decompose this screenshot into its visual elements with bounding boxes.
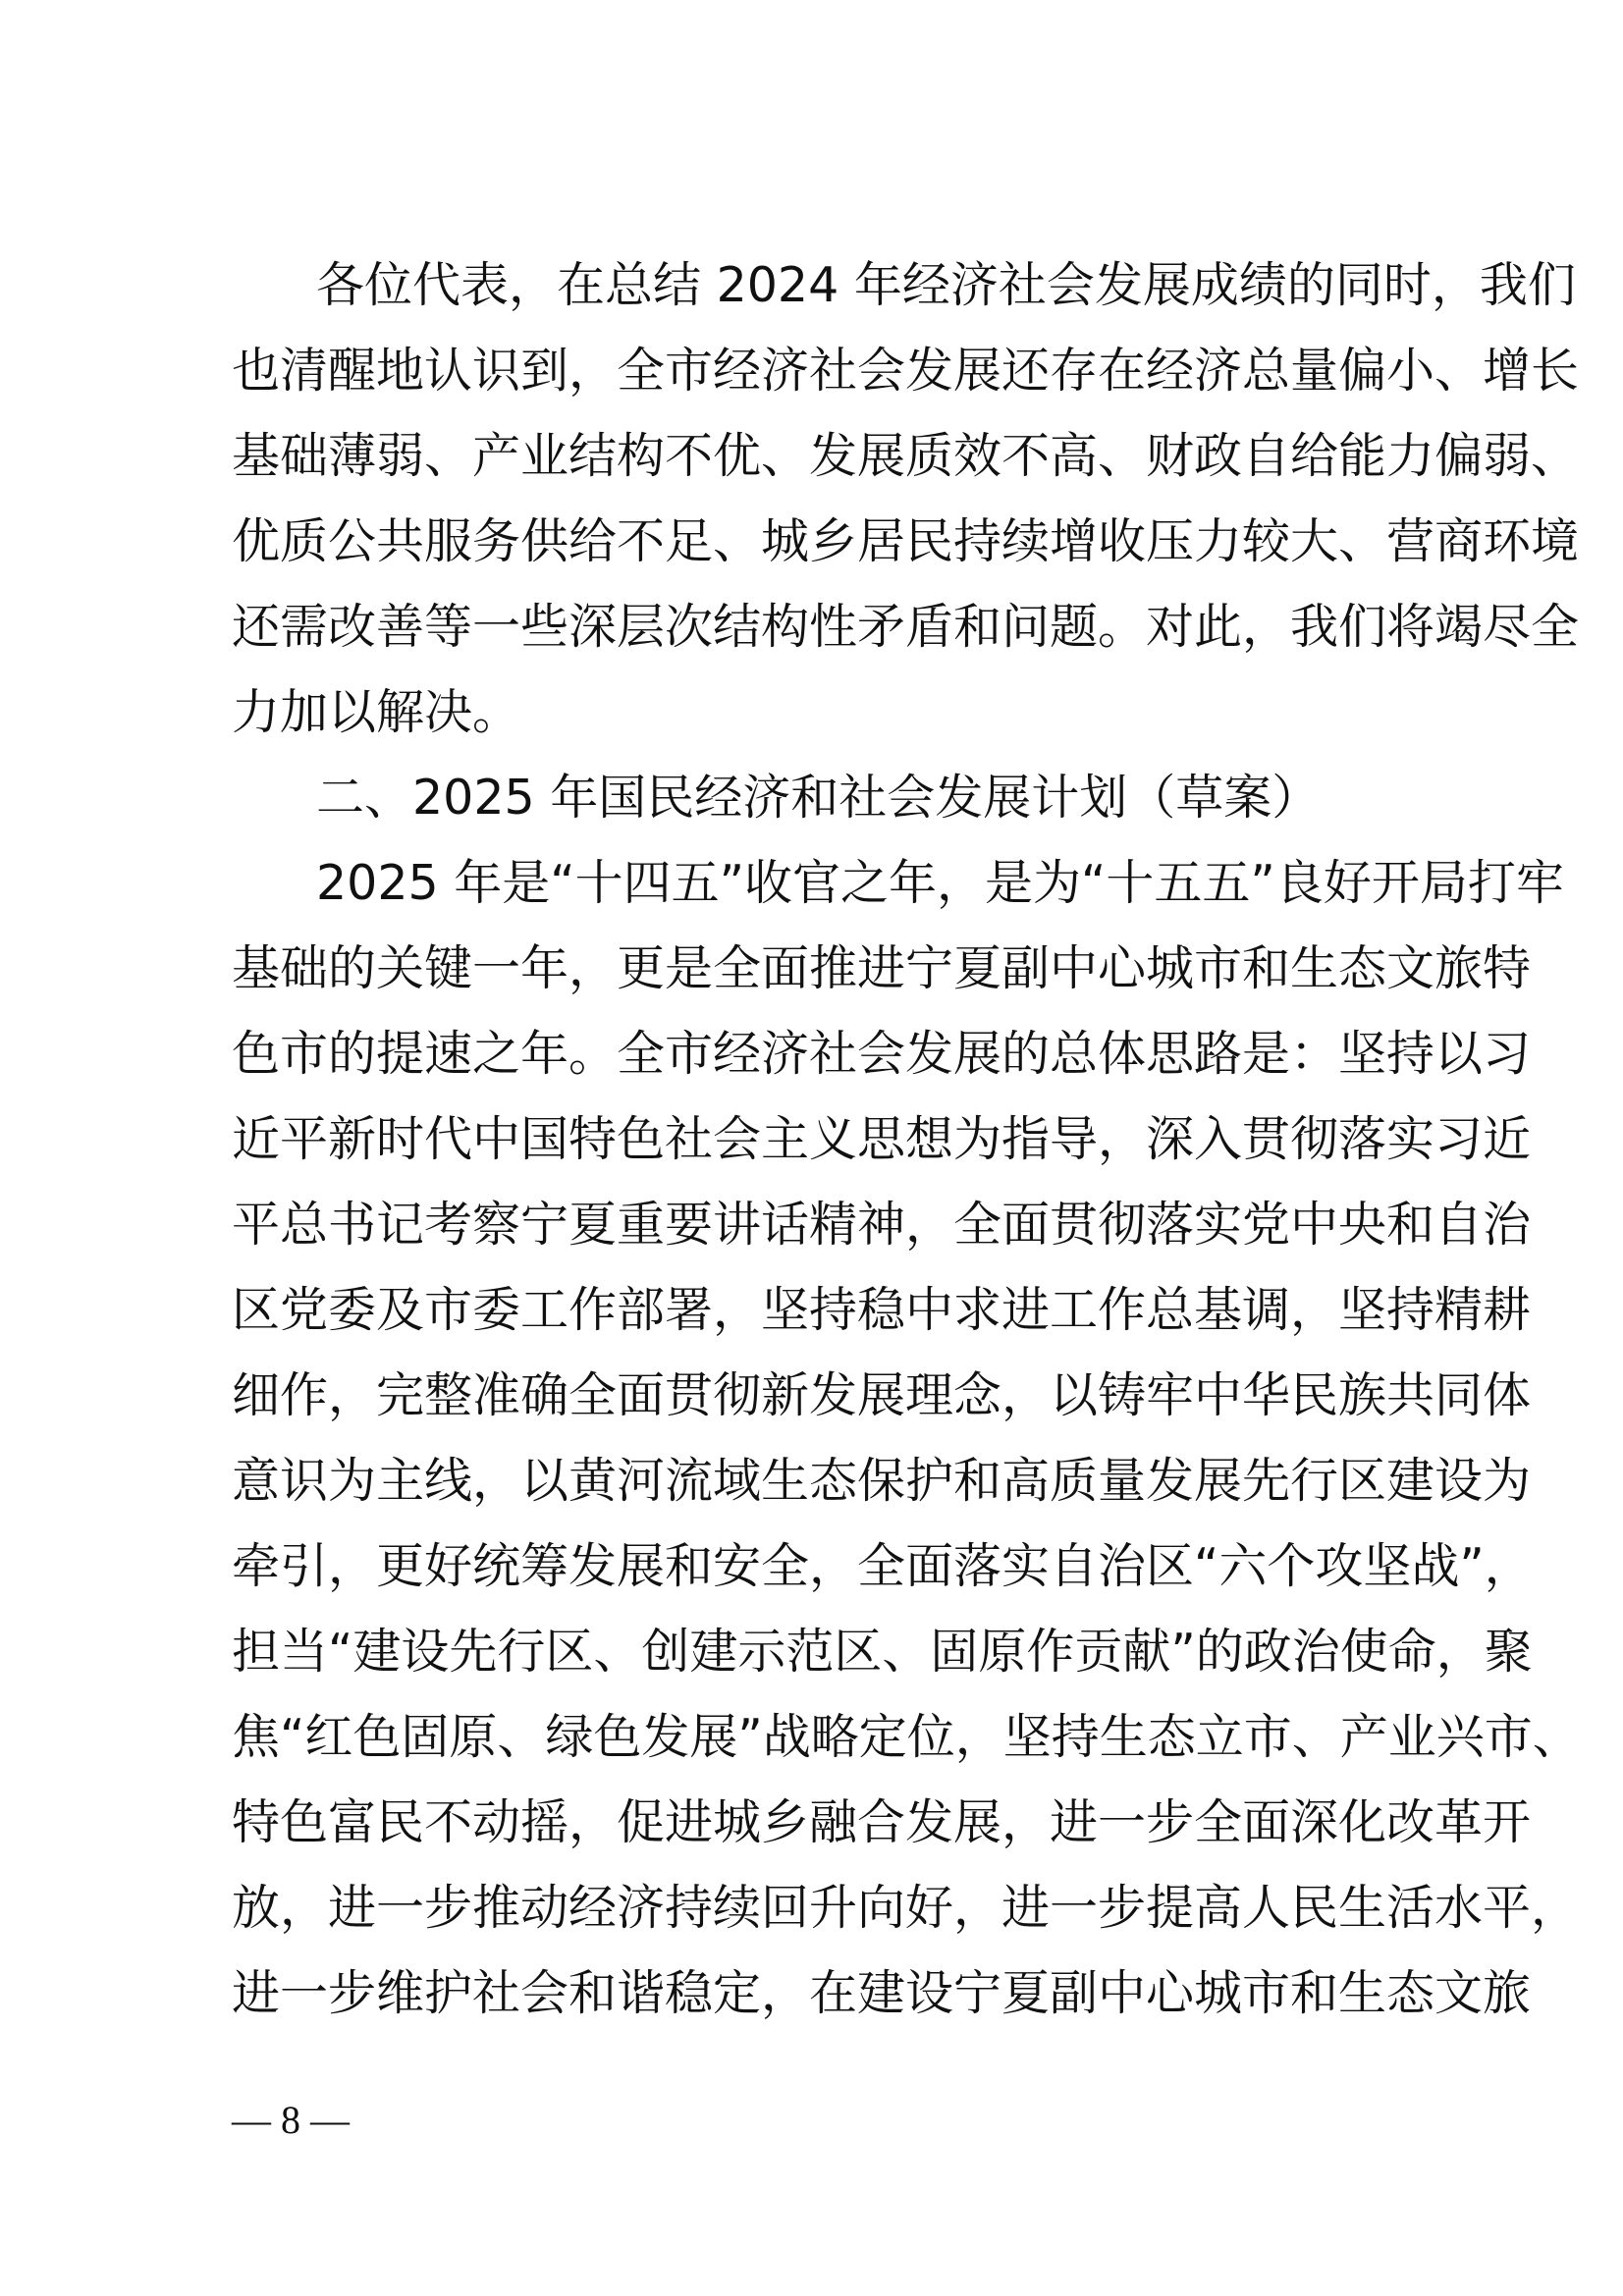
page-number: — 8 — [232,2091,350,2150]
paragraph-2-line-1: 2025 年是“十四五”收官之年，是为“十五五”良好开局打牢 [316,838,1410,928]
paragraph-2-line-5: 平总书记考察宁夏重要讲话精神，全面贯彻落实党中央和自治 [232,1180,1410,1269]
paragraph-2-line-3: 色市的提速之年。全市经济社会发展的总体思路是：坚持以习 [232,1009,1410,1098]
paragraph-1-line-5: 还需改善等一些深层次结构性矛盾和问题。对此，我们将竭尽全 [232,582,1410,671]
paragraph-2-line-2: 基础的关键一年，更是全面推进宁夏副中心城市和生态文旅特 [232,924,1410,1013]
paragraph-1-line-4: 优质公共服务供给不足、城乡居民持续增收压力较大、营商环境 [232,497,1410,586]
paragraph-2-line-14: 进一步维护社会和谐稳定，在建设宁夏副中心城市和生态文旅 [232,1949,1410,2038]
paragraph-2-line-7: 细作，完整准确全面贯彻新发展理念，以铸牢中华民族共同体 [232,1351,1410,1440]
document-page: 各位代表，在总结 2024 年经济社会发展成绩的同时，我们 也清醒地认识到，全市… [0,0,1623,2296]
paragraph-1-line-1: 各位代表，在总结 2024 年经济社会发展成绩的同时，我们 [316,240,1410,330]
section-heading: 二、2025 年国民经济和社会发展计划（草案） [316,753,1410,842]
paragraph-2-line-8: 意识为主线，以黄河流域生态保护和高质量发展先行区建设为 [232,1436,1410,1525]
paragraph-2-line-4: 近平新时代中国特色社会主义思想为指导，深入贯彻落实习近 [232,1095,1410,1184]
paragraph-1-line-2: 也清醒地认识到，全市经济社会发展还存在经济总量偏小、增长 [232,326,1410,415]
paragraph-2-line-11: 焦“红色固原、绿色发展”战略定位，坚持生态立市、产业兴市、 [232,1692,1410,1782]
paragraph-1-line-3: 基础薄弱、产业结构不优、发展质效不高、财政自给能力偏弱、 [232,411,1410,501]
paragraph-1-line-6: 力加以解决。 [232,667,1410,757]
paragraph-2-line-10: 担当“建设先行区、创建示范区、固原作贡献”的政治使命，聚 [232,1607,1410,1696]
paragraph-2-line-6: 区党委及市委工作部署，坚持稳中求进工作总基调，坚持精耕 [232,1265,1410,1355]
paragraph-2-line-12: 特色富民不动摇，促进城乡融合发展，进一步全面深化改革开 [232,1778,1410,1867]
paragraph-2-line-13: 放，进一步推动经济持续回升向好，进一步提高人民生活水平， [232,1863,1410,1952]
paragraph-2-line-9: 牵引，更好统筹发展和安全，全面落实自治区“六个攻坚战”， [232,1522,1410,1611]
